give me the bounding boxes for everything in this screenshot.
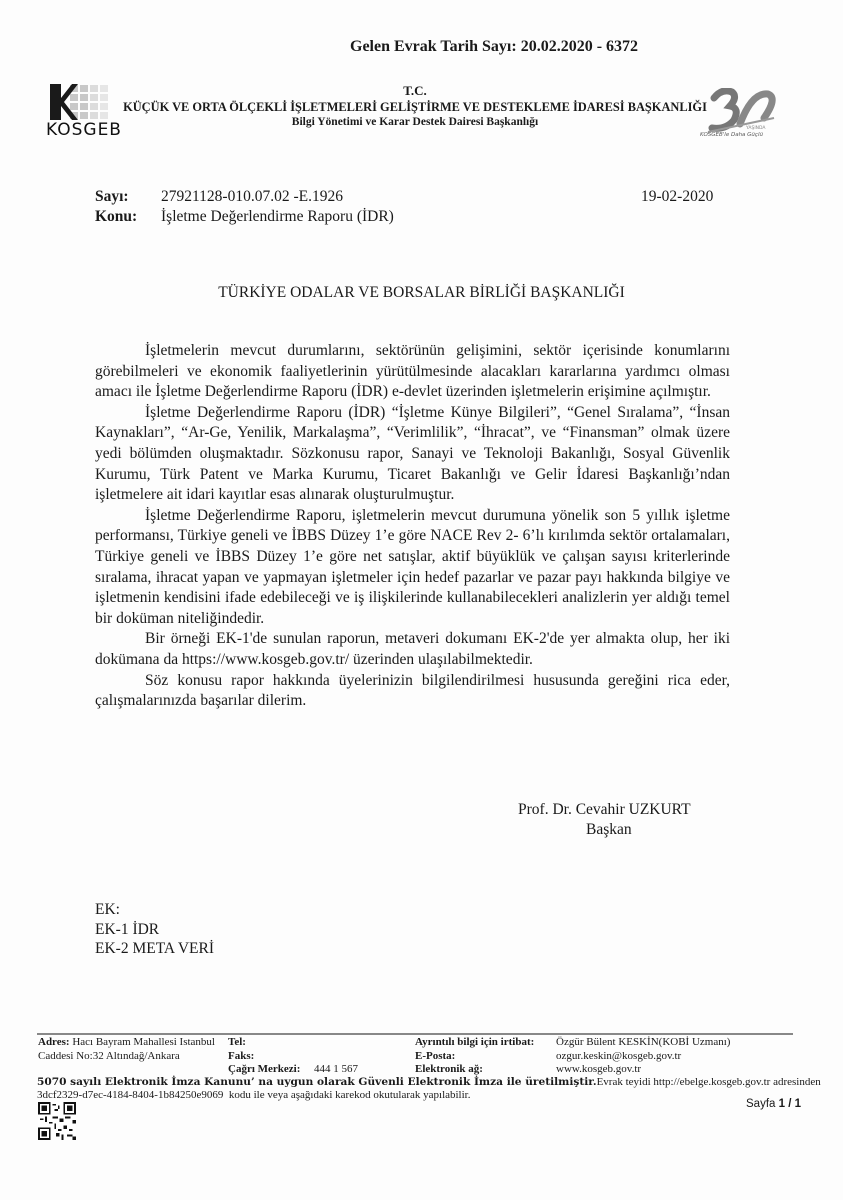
paragraph: Bir örneği EK-1'de sunulan raporun, meta… (95, 629, 730, 670)
sayi-label: Sayı: (95, 187, 161, 207)
paragraph: İşletme Değerlendirme Raporu, işletmeler… (95, 506, 730, 630)
attachments-heading: EK: (95, 900, 214, 920)
verification-code: 3dcf2329-d7ec-4184-8404-1b84250e9069 (37, 1089, 223, 1101)
call-center-label: Çağrı Merkezi: (228, 1063, 314, 1077)
page-label: Sayfa (746, 1098, 775, 1110)
verification-code-line: 3dcf2329-d7ec-4184-8404-1b84250e9069 kod… (37, 1089, 470, 1101)
footer-phones: Tel: Faks: Çağrı Merkezi:444 1 567 (228, 1036, 358, 1077)
verify-link[interactable]: http://ebelge.kosgeb.gov.tr (653, 1076, 770, 1088)
email-value[interactable]: ozgur.keskin@kosgeb.gov.tr (556, 1050, 681, 1062)
call-center-value: 444 1 567 (314, 1063, 358, 1075)
letterhead-organization: KÜÇÜK VE ORTA ÖLÇEKLİ İŞLETMELERİ GELİŞT… (110, 100, 720, 115)
document-meta: Sayı:27921128-010.07.02 -E.1926 Konu:İşl… (95, 187, 394, 227)
paragraph: İşletme Değerlendirme Raporu (İDR) “İşle… (95, 403, 730, 506)
attachments-list: EK: EK-1 İDR EK-2 META VERİ (95, 900, 214, 959)
signatory-name: Prof. Dr. Cevahir UZKURT (518, 800, 691, 820)
paragraph: Söz konusu rapor hakkında üyelerinizin b… (95, 671, 730, 712)
letter-body: İşletmelerin mevcut durumlarını, sektörü… (95, 341, 730, 712)
document-date: 19-02-2020 (641, 188, 713, 206)
web-value[interactable]: www.kosgeb.gov.tr (556, 1063, 641, 1075)
contact-value: Özgür Bülent KESKİN(KOBİ Uzmanı) (556, 1036, 730, 1048)
footer-address: Adres: Hacı Bayram Mahallesi Istanbul Ca… (38, 1036, 215, 1063)
tel-label: Tel: (228, 1036, 314, 1050)
verification-code-suffix: kodu ile veya aşağıdaki karekod okutular… (229, 1089, 471, 1101)
attachment-item: EK-1 İDR (95, 920, 214, 940)
footer-divider (37, 1033, 793, 1035)
kosgeb-logo-icon (50, 84, 110, 120)
sayi-value: 27921128-010.07.02 -E.1926 (161, 188, 343, 205)
letterhead-department: Bilgi Yönetimi ve Karar Destek Dairesi B… (110, 116, 720, 128)
konu-row: Konu:İşletme Değerlendirme Raporu (İDR) (95, 207, 394, 227)
qr-code-icon (38, 1102, 76, 1140)
attachment-item: EK-2 META VERİ (95, 939, 214, 959)
signature-block: Prof. Dr. Cevahir UZKURT Başkan (518, 800, 691, 840)
page-number: Sayfa 1 / 1 (746, 1098, 801, 1110)
contact-label: Ayrıntılı bilgi için irtibat: (415, 1036, 556, 1050)
addressee: TÜRKİYE ODALAR VE BORSALAR BİRLİĞİ BAŞKA… (0, 284, 843, 302)
verify-suffix: adresinden (773, 1076, 821, 1088)
address-line-2: Caddesi No:32 Altındağ/Ankara (38, 1050, 215, 1064)
anniversary-30-icon (700, 88, 790, 134)
letterhead: T.C. KÜÇÜK VE ORTA ÖLÇEKLİ İŞLETMELERİ G… (110, 83, 720, 128)
konu-label: Konu: (95, 207, 161, 227)
web-label: Elektronik ağ: (415, 1063, 556, 1077)
e-signature-law: 5070 sayılı Elektronik İmza Kanunu’ na u… (37, 1076, 597, 1088)
paragraph: İşletmelerin mevcut durumlarını, sektörü… (95, 341, 730, 403)
page-value: 1 / 1 (779, 1098, 801, 1110)
fax-label: Faks: (228, 1050, 314, 1064)
signatory-title: Başkan (518, 820, 691, 840)
anniversary-slogan: KOSGEB'le Daha Güçlü (700, 132, 763, 138)
incoming-document-stamp: Gelen Evrak Tarih Sayı: 20.02.2020 - 637… (350, 38, 638, 56)
footer-contact: Ayrıntılı bilgi için irtibat:Özgür Bülen… (415, 1036, 730, 1077)
letterhead-tc: T.C. (110, 83, 720, 99)
e-signature-notice: 5070 sayılı Elektronik İmza Kanunu’ na u… (37, 1076, 821, 1088)
email-label: E-Posta: (415, 1050, 556, 1064)
anniversary-badge: YAŞINDA KOSGEB'le Daha Güçlü (700, 88, 790, 146)
verify-text: Evrak teyidi (597, 1076, 651, 1088)
konu-value: İşletme Değerlendirme Raporu (İDR) (161, 208, 394, 225)
address-line-1: Hacı Bayram Mahallesi Istanbul (72, 1036, 215, 1048)
address-label: Adres: (38, 1036, 70, 1048)
sayi-row: Sayı:27921128-010.07.02 -E.1926 (95, 187, 394, 207)
anniversary-label: YAŞINDA (746, 126, 766, 131)
